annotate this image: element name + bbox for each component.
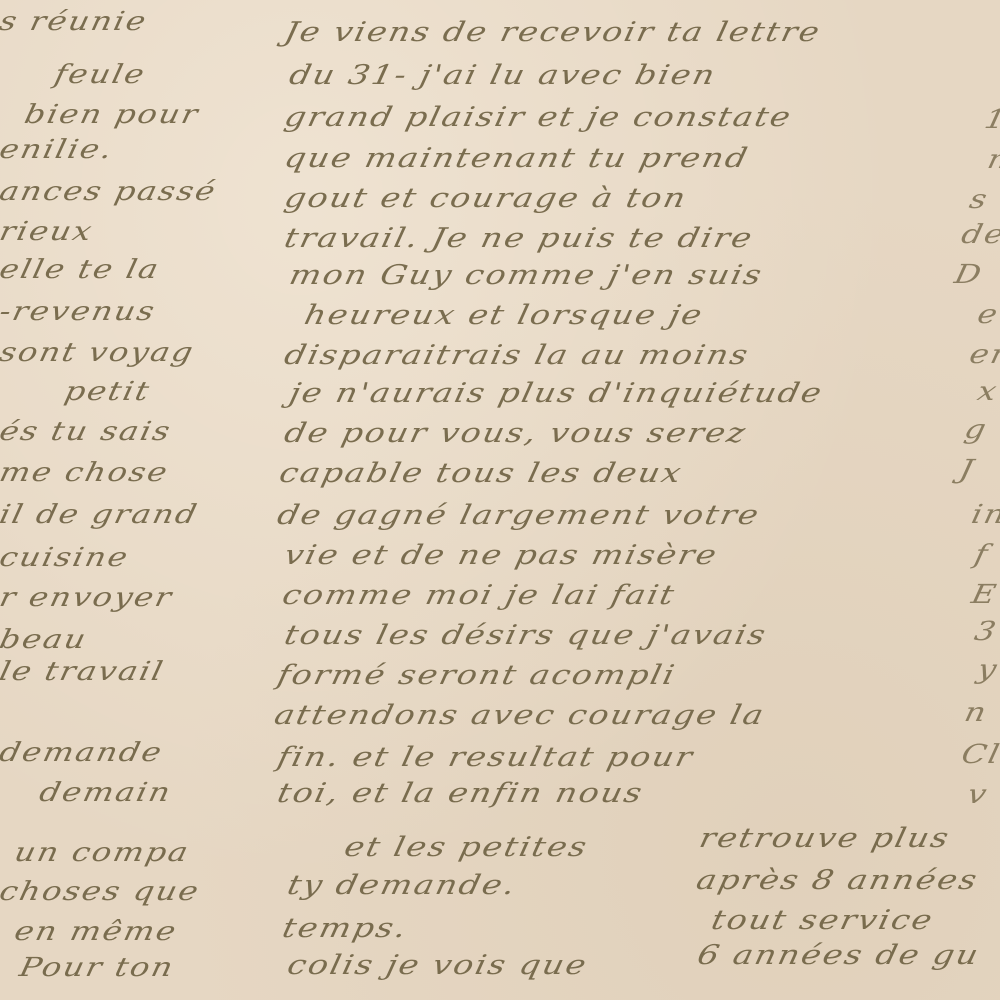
letter-line: heureux et lorsque je (302, 299, 707, 331)
letter-fragment: n (985, 143, 1000, 174)
letter-fragment: J (957, 453, 978, 484)
letter-line: elle te la (0, 253, 163, 284)
letter-line: de gagné largement votre (275, 499, 764, 531)
letter-fragment: s (967, 183, 992, 214)
letter-line: grand plaisir et je constate (282, 101, 796, 133)
letter-line: demande (0, 736, 166, 767)
letter-fragment: Cl (959, 738, 1000, 769)
letter-line: s réunie (0, 5, 151, 36)
letter-fragment: 1 (982, 103, 1000, 134)
letter-line: de pour vous, vous serez (282, 417, 750, 449)
letter-fragment: v (965, 778, 992, 809)
letter-line: beau (0, 623, 90, 654)
letter-line: gout et courage à ton (282, 182, 691, 214)
letter-fragment: e (975, 298, 1000, 329)
letter-fragment: en (967, 338, 1000, 369)
letter-line: le travail (0, 655, 168, 686)
letter-line: formé seront acompli (275, 659, 680, 691)
letter-line: tous les désirs que j'avais (282, 619, 771, 651)
letter-fragment: 3 (972, 615, 1000, 646)
letter-line: retrouve plus (697, 822, 954, 854)
letter-fragment: E (969, 578, 1000, 609)
letter-line: ances passé (0, 175, 220, 206)
letter-line: du 31- j'ai lu avec bien (287, 59, 720, 91)
letter-line: un compa (12, 836, 193, 867)
letter-line: capable tous les deux (277, 457, 686, 489)
letter-line: et les petites (342, 831, 592, 863)
letter-line: demain (37, 776, 175, 807)
letter-line: fin. et le resultat pour (275, 741, 697, 773)
letter-line: feule (52, 58, 149, 89)
letter-line: choses que (0, 875, 203, 906)
letter-fragment: D (952, 258, 986, 289)
letter-fragment: y (975, 653, 1000, 684)
letter-line: r envoyer (0, 581, 176, 612)
letter-line: vie et de ne pas misère (282, 539, 722, 571)
letter-line: 6 années de gu (695, 939, 983, 971)
letter-line: mon Guy comme j'en suis (287, 259, 767, 291)
letter-fragment: n (962, 696, 991, 727)
letter-line: je n'aurais plus d'inquiétude (287, 377, 827, 409)
letter-line: sont voyag (0, 336, 198, 367)
letter-fragment: x (975, 375, 1000, 406)
letter-line: il de grand (0, 498, 201, 529)
letter-line: ty demande. (285, 869, 520, 901)
letter-line: rieux (0, 215, 96, 246)
letter-line: cuisine (0, 541, 132, 572)
letter-line: tout service (709, 904, 937, 936)
letter-line: toi, et la enfin nous (275, 777, 647, 809)
letter-line: attendons avec courage la (272, 699, 769, 731)
letter-line: travail. Je ne puis te dire (282, 222, 757, 254)
letter-line: petit (62, 375, 154, 406)
letter-line: comme moi je lai fait (280, 579, 679, 611)
letter-fragment: f (972, 538, 992, 569)
letter-line: colis je vois que (285, 949, 591, 981)
letter-line: bien pour (22, 98, 203, 129)
handwritten-letter: s réunie feule bien pour enilie. ances p… (0, 0, 1000, 1000)
letter-fragment: g (962, 413, 991, 444)
letter-line: -revenus (0, 295, 159, 326)
letter-line: Je viens de recevoir ta lettre (282, 16, 825, 48)
letter-line: temps. (280, 912, 411, 944)
letter-line: après 8 années (694, 864, 982, 896)
letter-line: disparaitrais la au moins (282, 339, 753, 371)
letter-line: enilie. (0, 133, 117, 164)
letter-fragment: in (969, 498, 1000, 529)
letter-fragment: de (959, 218, 1000, 249)
letter-line: me chose (0, 456, 172, 487)
letter-line: que maintenant tu prend (282, 142, 753, 174)
letter-line: en même (12, 915, 181, 946)
letter-line: és tu sais (0, 415, 175, 446)
letter-line: Pour ton (17, 951, 178, 982)
